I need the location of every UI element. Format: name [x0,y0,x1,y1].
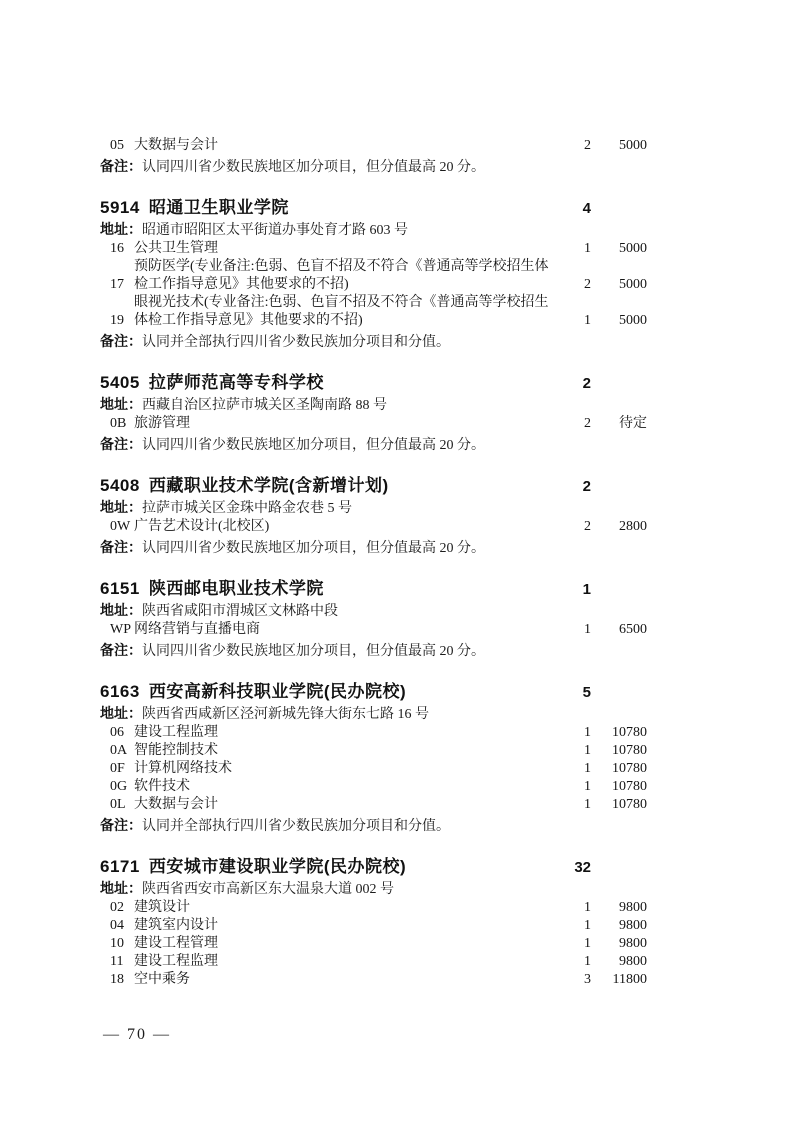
major-tuition-fee: 待定 [591,415,647,433]
major-plan-count: 1 [551,953,591,971]
major-plan-count: 1 [551,778,591,796]
institution-header: 5914 昭通卫生职业学院 4 [100,197,647,220]
major-name: 旅游管理 [134,415,190,433]
remark-label: 备注： [100,819,142,834]
remark-text: 认同四川省少数民族地区加分项目，但分值最高 20 分。 [142,160,485,175]
major-code: 16 [110,240,134,258]
remark-text: 认同四川省少数民族地区加分项目，但分值最高 20 分。 [142,541,485,556]
major-code: 04 [110,917,134,935]
major-name: 建设工程监理 [134,953,218,971]
major-list: WP 网络营销与直播电商 1 6500 [100,621,647,639]
major-code: 0W [110,518,134,536]
major-plan-count: 2 [551,518,591,536]
institution-total-plan: 32 [551,857,591,879]
major-code: 19 [110,312,134,330]
major-tuition-fee: 11800 [591,971,647,989]
major-code: 06 [110,724,134,742]
major-code: 0B [110,415,134,433]
page-number: — 70 — [103,1026,171,1044]
major-row: 0F 计算机网络技术 1 10780 [100,760,647,778]
address-label: 地址： [100,501,142,516]
major-name: 预防医学(专业备注:色弱、色盲不招及不符合《普通高等学校招生体检工作指导意见》其… [134,258,551,294]
major-code: 10 [110,935,134,953]
major-code: 02 [110,899,134,917]
major-code: 0A [110,742,134,760]
remark-text: 认同并全部执行四川省少数民族加分项目和分值。 [142,819,450,834]
institution-total-plan: 2 [551,476,591,498]
institution-section: 5405 拉萨师范高等专科学校 2 地址：西藏自治区拉萨市城关区圣陶南路 88 … [100,372,647,455]
institution-code: 5405 [100,372,140,394]
major-name: 公共卫生管理 [134,240,218,258]
major-plan-count: 1 [551,742,591,760]
remark-line: 备注：认同四川省少数民族地区加分项目，但分值最高 20 分。 [100,437,647,455]
major-name: 建筑设计 [134,899,190,917]
major-name: 建设工程管理 [134,935,218,953]
institution-name: 西藏职业技术学院(含新增计划) [149,475,389,497]
major-tuition-fee: 10780 [591,796,647,814]
major-tuition-fee: 5000 [591,240,647,258]
institution-header: 5405 拉萨师范高等专科学校 2 [100,372,647,395]
institution-section: 6151 陕西邮电职业技术学院 1 地址：陕西省咸阳市渭城区文林路中段 WP 网… [100,578,647,661]
remark-line: 备注：认同并全部执行四川省少数民族加分项目和分值。 [100,818,647,836]
major-code: 0G [110,778,134,796]
address-text: 昭通市昭阳区太平街道办事处育才路 603 号 [142,223,408,238]
major-row: 18 空中乘务 3 11800 [100,971,647,989]
institution-code: 5408 [100,475,140,497]
major-plan-count: 1 [551,240,591,258]
institution-code: 6171 [100,856,140,878]
major-row: 06 建设工程监理 1 10780 [100,724,647,742]
institution-header: 6163 西安高新科技职业学院(民办院校) 5 [100,681,647,704]
major-name: 计算机网络技术 [134,760,232,778]
major-row: 11 建设工程监理 1 9800 [100,953,647,971]
address-text: 拉萨市城关区金珠中路金农巷 5 号 [142,501,352,516]
major-row: 16 公共卫生管理 1 5000 [100,240,647,258]
major-name: 大数据与会计 [134,137,218,155]
institution-section: 5914 昭通卫生职业学院 4 地址：昭通市昭阳区太平街道办事处育才路 603 … [100,197,647,352]
institution-code: 6163 [100,681,140,703]
major-plan-count: 2 [551,137,591,155]
major-row: 02 建筑设计 1 9800 [100,899,647,917]
institution-header: 6171 西安城市建设职业学院(民办院校) 32 [100,856,647,879]
institution-header: 5408 西藏职业技术学院(含新增计划) 2 [100,475,647,498]
major-list: 02 建筑设计 1 9800 04 建筑室内设计 1 9800 10 建设工程管… [100,899,647,989]
remark-label: 备注： [100,541,142,556]
address-line: 地址：西藏自治区拉萨市城关区圣陶南路 88 号 [100,397,647,415]
major-tuition-fee: 10780 [591,742,647,760]
major-plan-count: 2 [551,276,591,294]
institution-name: 昭通卫生职业学院 [149,197,289,219]
major-code: 11 [110,953,134,971]
institution-code: 5914 [100,197,140,219]
remark-text: 认同四川省少数民族地区加分项目，但分值最高 20 分。 [142,644,485,659]
major-plan-count: 1 [551,899,591,917]
major-code: 17 [110,276,134,294]
major-plan-count: 1 [551,621,591,639]
major-plan-count: 1 [551,917,591,935]
major-plan-count: 1 [551,724,591,742]
major-row: 0B 旅游管理 2 待定 [100,415,647,433]
major-tuition-fee: 5000 [591,276,647,294]
major-tuition-fee: 10780 [591,760,647,778]
institution-name: 陕西邮电职业技术学院 [149,578,324,600]
address-text: 陕西省咸阳市渭城区文林路中段 [142,604,338,619]
address-label: 地址： [100,882,142,897]
major-row: 04 建筑室内设计 1 9800 [100,917,647,935]
major-row: 0W 广告艺术设计(北校区) 2 2800 [100,518,647,536]
major-list: 16 公共卫生管理 1 5000 17 预防医学(专业备注:色弱、色盲不招及不符… [100,240,647,330]
major-list: 0W 广告艺术设计(北校区) 2 2800 [100,518,647,536]
address-label: 地址： [100,707,142,722]
major-row: 05 大数据与会计 2 5000 [100,137,647,155]
major-name: 空中乘务 [134,971,190,989]
major-tuition-fee: 5000 [591,137,647,155]
major-name: 软件技术 [134,778,190,796]
major-tuition-fee: 10780 [591,778,647,796]
address-text: 陕西省西咸新区泾河新城先锋大街东七路 16 号 [142,707,429,722]
major-code: WP [110,621,134,639]
major-row: 10 建设工程管理 1 9800 [100,935,647,953]
major-row: 0L 大数据与会计 1 10780 [100,796,647,814]
remark-text: 认同四川省少数民族地区加分项目，但分值最高 20 分。 [142,438,485,453]
major-name: 广告艺术设计(北校区) [134,518,269,536]
major-tuition-fee: 5000 [591,312,647,330]
major-list: 0B 旅游管理 2 待定 [100,415,647,433]
major-plan-count: 3 [551,971,591,989]
address-line: 地址：陕西省西咸新区泾河新城先锋大街东七路 16 号 [100,706,647,724]
major-plan-count: 1 [551,935,591,953]
address-text: 陕西省西安市高新区东大温泉大道 002 号 [142,882,394,897]
major-tuition-fee: 9800 [591,917,647,935]
address-line: 地址：拉萨市城关区金珠中路金农巷 5 号 [100,500,647,518]
major-plan-count: 2 [551,415,591,433]
major-code: 0L [110,796,134,814]
institution-section: 6171 西安城市建设职业学院(民办院校) 32 地址：陕西省西安市高新区东大温… [100,856,647,989]
institution-code: 6151 [100,578,140,600]
institution-total-plan: 2 [551,373,591,395]
major-name: 大数据与会计 [134,796,218,814]
institution-section: 05 大数据与会计 2 5000 备注：认同四川省少数民族地区加分项目，但分值最… [100,137,647,177]
major-row: 19 眼视光技术(专业备注:色弱、色盲不招及不符合《普通高等学校招生体检工作指导… [100,294,647,330]
major-name: 网络营销与直播电商 [134,621,260,639]
major-tuition-fee: 6500 [591,621,647,639]
address-label: 地址： [100,223,142,238]
major-name: 眼视光技术(专业备注:色弱、色盲不招及不符合《普通高等学校招生体检工作指导意见》… [134,294,551,330]
document-page: 05 大数据与会计 2 5000 备注：认同四川省少数民族地区加分项目，但分值最… [0,0,794,1123]
major-row: 17 预防医学(专业备注:色弱、色盲不招及不符合《普通高等学校招生体检工作指导意… [100,258,647,294]
remark-line: 备注：认同四川省少数民族地区加分项目，但分值最高 20 分。 [100,540,647,558]
institution-list: 05 大数据与会计 2 5000 备注：认同四川省少数民族地区加分项目，但分值最… [0,0,794,989]
major-code: 0F [110,760,134,778]
major-tuition-fee: 9800 [591,935,647,953]
address-text: 西藏自治区拉萨市城关区圣陶南路 88 号 [142,398,387,413]
major-tuition-fee: 10780 [591,724,647,742]
major-list: 06 建设工程监理 1 10780 0A 智能控制技术 1 10780 0F 计… [100,724,647,814]
remark-label: 备注： [100,335,142,350]
address-label: 地址： [100,398,142,413]
address-label: 地址： [100,604,142,619]
major-row: WP 网络营销与直播电商 1 6500 [100,621,647,639]
major-plan-count: 1 [551,760,591,778]
institution-total-plan: 5 [551,682,591,704]
remark-label: 备注： [100,160,142,175]
institution-total-plan: 4 [551,198,591,220]
major-plan-count: 1 [551,796,591,814]
major-name: 建设工程监理 [134,724,218,742]
institution-header: 6151 陕西邮电职业技术学院 1 [100,578,647,601]
institution-name: 西安高新科技职业学院(民办院校) [149,681,406,703]
institution-name: 拉萨师范高等专科学校 [149,372,324,394]
major-tuition-fee: 9800 [591,899,647,917]
address-line: 地址：陕西省咸阳市渭城区文林路中段 [100,603,647,621]
major-code: 05 [110,137,134,155]
major-code: 18 [110,971,134,989]
remark-text: 认同并全部执行四川省少数民族加分项目和分值。 [142,335,450,350]
major-name: 建筑室内设计 [134,917,218,935]
institution-total-plan: 1 [551,579,591,601]
major-plan-count: 1 [551,312,591,330]
address-line: 地址：陕西省西安市高新区东大温泉大道 002 号 [100,881,647,899]
institution-name: 西安城市建设职业学院(民办院校) [149,856,406,878]
major-tuition-fee: 9800 [591,953,647,971]
major-row: 0G 软件技术 1 10780 [100,778,647,796]
institution-section: 6163 西安高新科技职业学院(民办院校) 5 地址：陕西省西咸新区泾河新城先锋… [100,681,647,836]
remark-label: 备注： [100,644,142,659]
remark-line: 备注：认同四川省少数民族地区加分项目，但分值最高 20 分。 [100,643,647,661]
address-line: 地址：昭通市昭阳区太平街道办事处育才路 603 号 [100,222,647,240]
institution-section: 5408 西藏职业技术学院(含新增计划) 2 地址：拉萨市城关区金珠中路金农巷 … [100,475,647,558]
remark-line: 备注：认同并全部执行四川省少数民族加分项目和分值。 [100,334,647,352]
remark-line: 备注：认同四川省少数民族地区加分项目，但分值最高 20 分。 [100,159,647,177]
major-row: 0A 智能控制技术 1 10780 [100,742,647,760]
remark-label: 备注： [100,438,142,453]
major-list: 05 大数据与会计 2 5000 [100,137,647,155]
major-name: 智能控制技术 [134,742,218,760]
major-tuition-fee: 2800 [591,518,647,536]
